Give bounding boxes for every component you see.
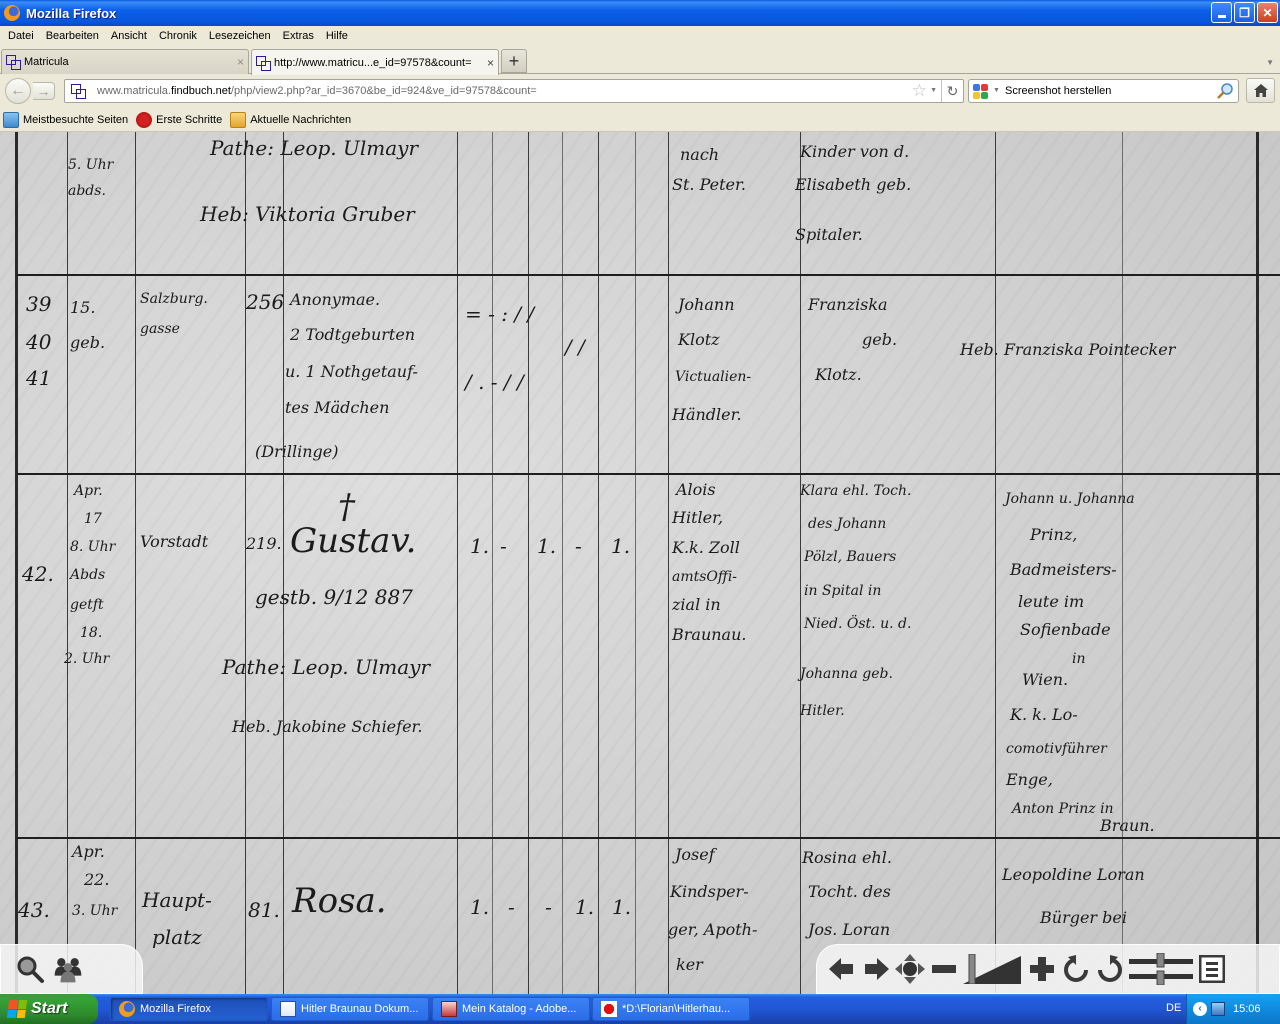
bookmark-erste-schritte[interactable]: Erste Schritte <box>136 112 222 128</box>
zoom-ramp-icon <box>963 954 1023 984</box>
register-marks: 1. <box>575 897 594 917</box>
sponsor-text: Braun. <box>1100 818 1155 834</box>
entry-place: Salzburg. <box>140 292 208 306</box>
mother-text: Tocht. des <box>808 884 891 900</box>
father-text: Braunau. <box>672 627 746 643</box>
death-note: gestb. 9/12 887 <box>255 587 413 607</box>
tab-list-dropdown-icon[interactable]: ▼ <box>1266 58 1274 67</box>
entry-date: 8. Uhr <box>70 540 115 554</box>
midwife-text: Heb: Viktoria Gruber <box>200 204 415 224</box>
page-list-button[interactable] <box>1197 954 1227 984</box>
rotate-right-icon <box>1096 955 1124 983</box>
house-number: 219. <box>246 536 282 552</box>
entry-place: Vorstadt <box>140 534 208 550</box>
menu-datei[interactable]: Datei <box>8 30 34 42</box>
register-rule <box>800 132 801 994</box>
task-label: Mein Katalog - Adobe... <box>462 1003 576 1015</box>
tab-label: Matricula <box>24 56 233 68</box>
child-name: 2 Todtgeburten <box>290 327 415 343</box>
menu-bar: Datei Bearbeiten Ansicht Chronik Lesezei… <box>0 26 1280 46</box>
register-rule <box>457 132 458 994</box>
mother-text: Spitaler. <box>795 227 863 243</box>
sponsor-text: Johann u. Johanna <box>1005 492 1135 506</box>
mother-text: in Spital in <box>804 584 881 598</box>
bookmark-aktuelle-nachrichten[interactable]: Aktuelle Nachrichten <box>230 112 351 128</box>
search-tool-button[interactable] <box>15 954 45 984</box>
register-rule <box>67 132 68 994</box>
register-rule <box>245 132 246 994</box>
entry-date: Apr. <box>72 844 105 860</box>
father-text: Victualien- <box>675 370 751 384</box>
child-name: tes Mädchen <box>285 400 389 416</box>
users-tool-button[interactable] <box>53 954 83 984</box>
system-tray: ‹ 15:06 <box>1186 994 1280 1024</box>
back-button[interactable]: ← <box>5 78 31 104</box>
father-text: Hitler, <box>672 510 723 526</box>
document-list-icon <box>1199 955 1225 983</box>
rotate-left-button[interactable] <box>1061 954 1091 984</box>
father-text: ger, Apoth- <box>668 922 757 938</box>
notes-text: Heb. Franziska Pointecker <box>960 342 1175 358</box>
slider-lines-icon <box>1129 953 1193 985</box>
father-text: zial in <box>672 597 721 613</box>
url-path: /php/view2.php?ar_id=3670&be_id=924&ve_i… <box>231 85 537 97</box>
restore-icon: ❐ <box>1239 6 1250 20</box>
zoom-out-button[interactable] <box>929 954 959 984</box>
arrow-left-icon <box>829 956 855 982</box>
sponsor-text: in <box>1072 652 1086 666</box>
register-rule <box>598 132 599 994</box>
contrast-slider[interactable] <box>1129 954 1193 984</box>
father-text: Alois <box>676 482 716 498</box>
mother-text: Klara ehl. Toch. <box>800 484 911 498</box>
rotate-right-button[interactable] <box>1095 954 1125 984</box>
navigation-bar: ← → www.matricula.findbuch.net/php/view2… <box>0 75 1280 107</box>
bookmarks-toolbar: Meistbesuchte Seiten Erste Schritte Aktu… <box>0 108 1280 132</box>
register-rule <box>562 132 563 994</box>
sponsor-text: Anton Prinz in <box>1012 802 1114 816</box>
entry-time: 5. Uhr <box>68 158 113 172</box>
register-marks: = - : / / <box>465 304 534 324</box>
father-text: Johann <box>678 297 735 313</box>
url-domain: findbuch.net <box>171 85 231 97</box>
entry-divider <box>17 274 1280 276</box>
next-page-button[interactable] <box>861 954 891 984</box>
entry-date: 15. <box>70 300 95 316</box>
father-text: Händler. <box>672 407 742 423</box>
entry-number: 42. <box>22 564 54 584</box>
task-label: *D:\Florian\Hitlerhau... <box>622 1003 730 1015</box>
window-title: Mozilla Firefox <box>26 6 116 21</box>
magnifier-icon <box>15 954 45 984</box>
search-input[interactable]: Screenshot herstellen <box>1005 85 1111 97</box>
entry-number: 41 <box>26 368 51 388</box>
death-cross-icon: † <box>338 490 355 524</box>
father-text: Josef <box>675 847 715 863</box>
url-bar[interactable]: www.matricula.findbuch.net/php/view2.php… <box>64 79 964 103</box>
register-marks: 1. <box>612 897 631 917</box>
register-marks: 1. <box>537 536 556 556</box>
sponsor-text: K. k. Lo- <box>1010 707 1078 723</box>
url-prefix: www.matricula. <box>97 85 171 97</box>
register-marks: - <box>508 897 515 917</box>
register-rule <box>15 132 18 994</box>
task-label: Hitler Braunau Dokum... <box>301 1003 418 1015</box>
bookmark-label: Meistbesuchte Seiten <box>23 114 128 126</box>
register-marks: / . - / / <box>465 372 524 392</box>
restore-button[interactable]: ❐ <box>1234 2 1255 23</box>
sponsor-text: Leopoldine Loran <box>1002 867 1145 883</box>
tab-label: http://www.matricu...e_id=97578&count= <box>274 57 483 69</box>
bookmark-meistbesuchte-seiten[interactable]: Meistbesuchte Seiten <box>3 112 128 128</box>
child-name: u. 1 Nothgetauf- <box>285 364 418 380</box>
bookmark-label: Erste Schritte <box>156 114 222 126</box>
taskbar-item-firefox[interactable]: Mozilla Firefox <box>110 997 268 1021</box>
rotate-left-icon <box>1062 955 1090 983</box>
previous-page-button[interactable] <box>827 954 857 984</box>
entry-place: platz <box>152 927 202 947</box>
menu-bearbeiten[interactable]: Bearbeiten <box>46 30 99 42</box>
zoom-slider[interactable] <box>963 954 1023 984</box>
entry-date: 22. <box>84 872 109 888</box>
menu-extras[interactable]: Extras <box>283 30 314 42</box>
windows-logo-icon <box>7 1000 28 1018</box>
entry-number: 40 <box>26 332 51 352</box>
tab-view2[interactable]: http://www.matricu...e_id=97578&count= × <box>251 49 499 75</box>
father-text: St. Peter. <box>672 177 746 193</box>
entry-date: Abds <box>70 568 105 582</box>
start-button[interactable]: Start <box>0 994 98 1024</box>
minus-icon <box>930 955 958 983</box>
adobe-icon <box>441 1001 457 1017</box>
pan-arrows-icon <box>895 954 925 984</box>
close-tab-icon[interactable]: × <box>237 55 244 69</box>
taskbar-item-word[interactable]: Hitler Braunau Dokum... <box>271 997 429 1021</box>
entry-date: 2. Uhr <box>64 652 109 666</box>
firefox-dino-icon <box>136 112 152 128</box>
taskbar-item-paint[interactable]: *D:\Florian\Hitlerhau... <box>592 997 750 1021</box>
search-icon[interactable] <box>1216 82 1234 100</box>
entry-date: 17 <box>84 512 102 526</box>
mother-text: Pölzl, Bauers <box>804 550 896 564</box>
sponsor-text: Enge, <box>1006 772 1053 788</box>
mother-text: Jos. Loran <box>808 922 890 938</box>
mother-text: Johanna geb. <box>800 667 893 681</box>
document-scan-viewer[interactable]: 5. Uhr abds. Pathe: Leop. Ulmayr Heb: Vi… <box>0 132 1280 994</box>
father-text: nach <box>680 147 719 163</box>
child-name: Rosa. <box>292 884 387 918</box>
child-name: Anonymae. <box>290 292 380 308</box>
sponsor-text: Sofienbade <box>1020 622 1111 638</box>
menu-chronik[interactable]: Chronik <box>159 30 197 42</box>
home-button[interactable] <box>1246 78 1275 103</box>
task-label: Mozilla Firefox <box>140 1003 211 1015</box>
entry-date: getft <box>70 598 104 612</box>
mother-text: Franziska <box>808 297 888 313</box>
register-rule <box>995 132 996 994</box>
tray-expand-icon[interactable]: ‹ <box>1193 1002 1207 1016</box>
tab-strip: Matricula × http://www.matricu...e_id=97… <box>0 46 1280 74</box>
menu-hilfe[interactable]: Hilfe <box>326 30 348 42</box>
mother-text: geb. <box>862 332 897 348</box>
midwife-text: Heb. Jakobine Schiefer. <box>232 719 423 735</box>
search-bar[interactable]: ▼ Screenshot herstellen <box>968 79 1239 103</box>
sponsor-text: leute im <box>1018 594 1084 610</box>
register-rule <box>528 132 529 994</box>
sponsor-text: Wien. <box>1022 672 1068 688</box>
register-marks: - <box>575 536 582 556</box>
entry-divider <box>17 837 1280 839</box>
windows-taskbar: Start Mozilla Firefox Hitler Braunau Dok… <box>0 994 1280 1024</box>
minimize-icon <box>1218 15 1226 18</box>
clock[interactable]: 15:06 <box>1233 1003 1261 1015</box>
father-text: amtsOffi- <box>672 570 737 584</box>
godparent-text: Pathe: Leop. Ulmayr <box>210 138 418 158</box>
bookmark-label: Aktuelle Nachrichten <box>250 114 351 126</box>
entry-date: 18. <box>80 626 102 640</box>
firefox-icon <box>119 1001 135 1017</box>
tab-matricula[interactable]: Matricula × <box>1 49 249 74</box>
child-name: Gustav. <box>290 524 416 558</box>
sponsor-text: Bürger bei <box>1040 910 1127 926</box>
menu-ansicht[interactable]: Ansicht <box>111 30 147 42</box>
reload-button[interactable]: ↻ <box>941 80 963 102</box>
mother-text: Kinder von d. <box>800 144 909 160</box>
engine-dropdown-icon[interactable]: ▼ <box>993 87 1000 94</box>
folder-search-icon <box>3 112 19 128</box>
rss-feed-icon <box>230 112 246 128</box>
sponsor-text: Prinz, <box>1030 527 1077 543</box>
register-rule <box>668 132 669 994</box>
entry-divider <box>17 473 1280 475</box>
father-text: Kindsper- <box>670 884 749 900</box>
register-marks: 1. <box>470 897 489 917</box>
site-identity-icon[interactable] <box>71 84 85 98</box>
mother-text: Hitler. <box>800 704 845 718</box>
mother-text: des Johann <box>808 517 886 531</box>
pan-button[interactable] <box>895 954 925 984</box>
viewer-left-toolbar <box>0 944 143 994</box>
network-icon[interactable] <box>1211 1002 1225 1016</box>
sponsor-text: comotivführer <box>1006 742 1107 756</box>
mother-text: Elisabeth geb. <box>795 177 911 193</box>
entry-date: 3. Uhr <box>72 904 117 918</box>
matricula-favicon-icon <box>6 55 20 69</box>
window-controls: ❐ ✕ <box>1211 2 1278 23</box>
house-number: 256 <box>246 292 284 312</box>
start-label: Start <box>31 1000 67 1018</box>
mother-text: Nied. Öst. u. d. <box>804 617 911 631</box>
father-text: K.k. Zoll <box>672 540 740 556</box>
matricula-favicon-icon <box>256 56 270 70</box>
users-icon <box>53 953 83 985</box>
close-icon: ✕ <box>1262 6 1272 20</box>
title-bar: Mozilla Firefox ❐ ✕ <box>0 0 1280 26</box>
taskbar-item-adobe[interactable]: Mein Katalog - Adobe... <box>432 997 590 1021</box>
zoom-in-button[interactable] <box>1027 954 1057 984</box>
bookmark-star-icon[interactable]: ☆ <box>912 81 927 101</box>
home-icon <box>1254 84 1268 97</box>
menu-lesezeichen[interactable]: Lesezeichen <box>209 30 271 42</box>
firefox-icon <box>4 5 20 21</box>
father-text: ker <box>676 957 703 973</box>
register-marks: - <box>500 536 507 556</box>
back-arrow-icon: ← <box>10 82 26 99</box>
register-rule <box>492 132 493 994</box>
register-marks: 1. <box>470 536 489 556</box>
mother-text: Rosina ehl. <box>802 850 892 866</box>
register-marks: 1. <box>611 536 630 556</box>
entry-date: geb. <box>70 335 105 351</box>
entry-place: gasse <box>140 322 180 336</box>
history-dropdown-icon[interactable]: ▼ <box>930 87 937 94</box>
house-number: 81. <box>248 900 280 920</box>
entry-number: 43. <box>18 900 50 920</box>
language-indicator[interactable]: DE <box>1166 1002 1181 1014</box>
entry-number: 39 <box>26 294 51 314</box>
plus-icon <box>1028 955 1056 983</box>
register-rule <box>1256 132 1259 994</box>
close-window-button[interactable]: ✕ <box>1257 2 1278 23</box>
sponsor-text: Badmeisters- <box>1010 562 1117 578</box>
register-rule <box>283 132 284 994</box>
viewer-right-toolbar <box>816 944 1280 994</box>
child-name: (Drillinge) <box>255 444 338 460</box>
minimize-button[interactable] <box>1211 2 1232 23</box>
entry-time: abds. <box>68 184 106 198</box>
url-text[interactable]: www.matricula.findbuch.net/php/view2.php… <box>97 85 537 97</box>
father-text: Klotz <box>678 332 720 348</box>
close-tab-icon[interactable]: × <box>487 56 494 70</box>
mother-text: Klotz. <box>815 367 862 383</box>
register-marks: / / <box>565 337 585 357</box>
register-rule <box>135 132 136 994</box>
forward-arrow-icon: → <box>37 83 51 99</box>
register-marks: - <box>545 897 552 917</box>
arrow-right-icon <box>863 956 889 982</box>
paint-icon <box>601 1001 617 1017</box>
forward-button[interactable]: → <box>33 82 55 100</box>
entry-date: Apr. <box>74 484 103 498</box>
godparent-text: Pathe: Leop. Ulmayr <box>222 657 430 677</box>
word-doc-icon <box>280 1001 296 1017</box>
google-engine-icon[interactable] <box>973 84 989 100</box>
register-rule <box>635 132 636 994</box>
entry-place: Haupt- <box>142 890 212 910</box>
new-tab-button[interactable]: + <box>501 49 527 73</box>
